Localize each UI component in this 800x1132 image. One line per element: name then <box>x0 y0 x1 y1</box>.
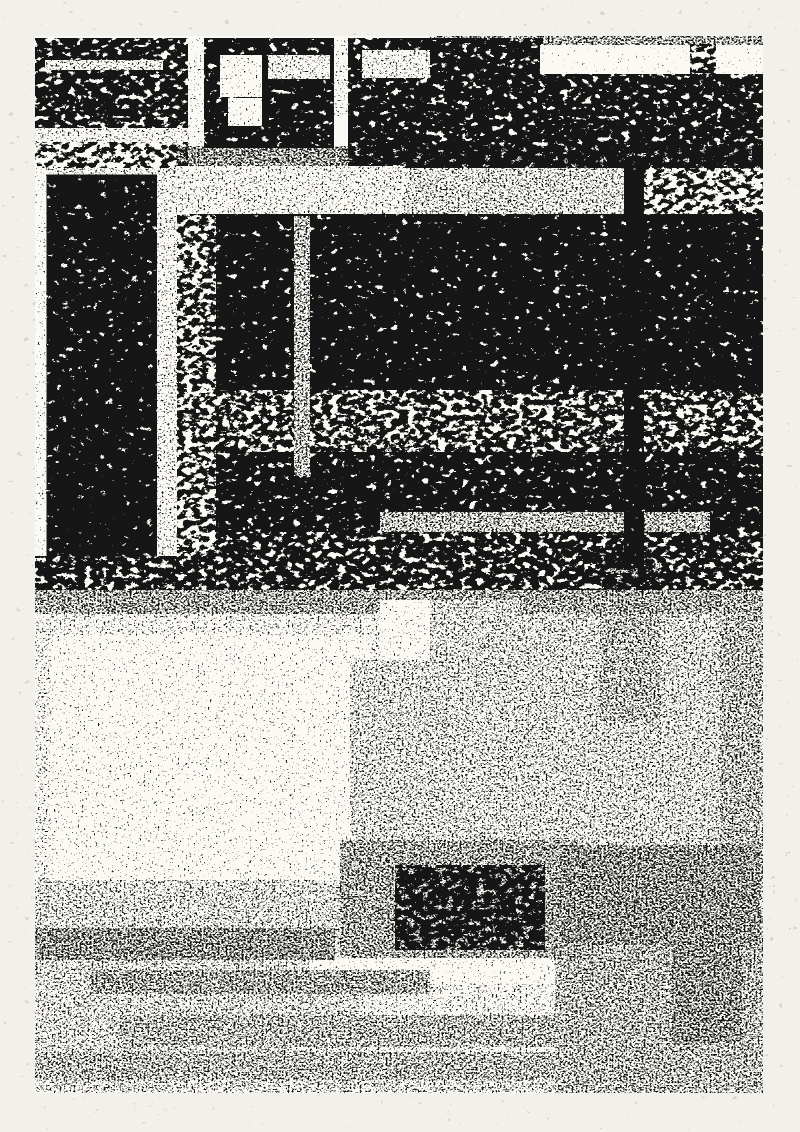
sky-strip <box>540 44 763 74</box>
photograph <box>0 0 800 1132</box>
grass-band-1 <box>35 928 335 960</box>
building-left-block <box>35 38 188 130</box>
grass-clump-core <box>395 865 545 950</box>
window-pane-right <box>268 55 330 79</box>
post-dark <box>624 168 644 568</box>
rail-band-right <box>630 168 763 216</box>
hedge-left-column <box>176 214 216 560</box>
photo-regions <box>2 2 798 1130</box>
post-light-2 <box>294 216 310 476</box>
hedge-streak-light <box>380 512 710 534</box>
grass-light-left <box>50 635 370 885</box>
building-left-white-row <box>35 128 188 142</box>
bush-blob <box>47 175 158 557</box>
photo-svg <box>0 0 800 1132</box>
building-left-lower <box>35 142 188 170</box>
post-light-1 <box>157 174 177 574</box>
hedge-bottom <box>216 532 763 558</box>
grass-bottom-edge <box>40 1078 740 1092</box>
grass-band-2 <box>90 970 430 994</box>
rail-band-mid <box>405 168 630 216</box>
grass-band-4 <box>35 1052 763 1080</box>
under-window-band <box>176 146 763 168</box>
window-pane-lower <box>228 98 262 126</box>
building-left-gap <box>45 60 163 70</box>
sky-dash-line <box>430 36 763 45</box>
sky-drip <box>690 44 716 74</box>
rail-band-left <box>176 166 405 216</box>
window-pane-upper <box>220 55 262 97</box>
building-mid-opening <box>362 50 430 78</box>
grass-band-3 <box>120 1015 763 1047</box>
grass-streak-right <box>600 560 660 720</box>
gap-post-mid <box>334 40 348 116</box>
